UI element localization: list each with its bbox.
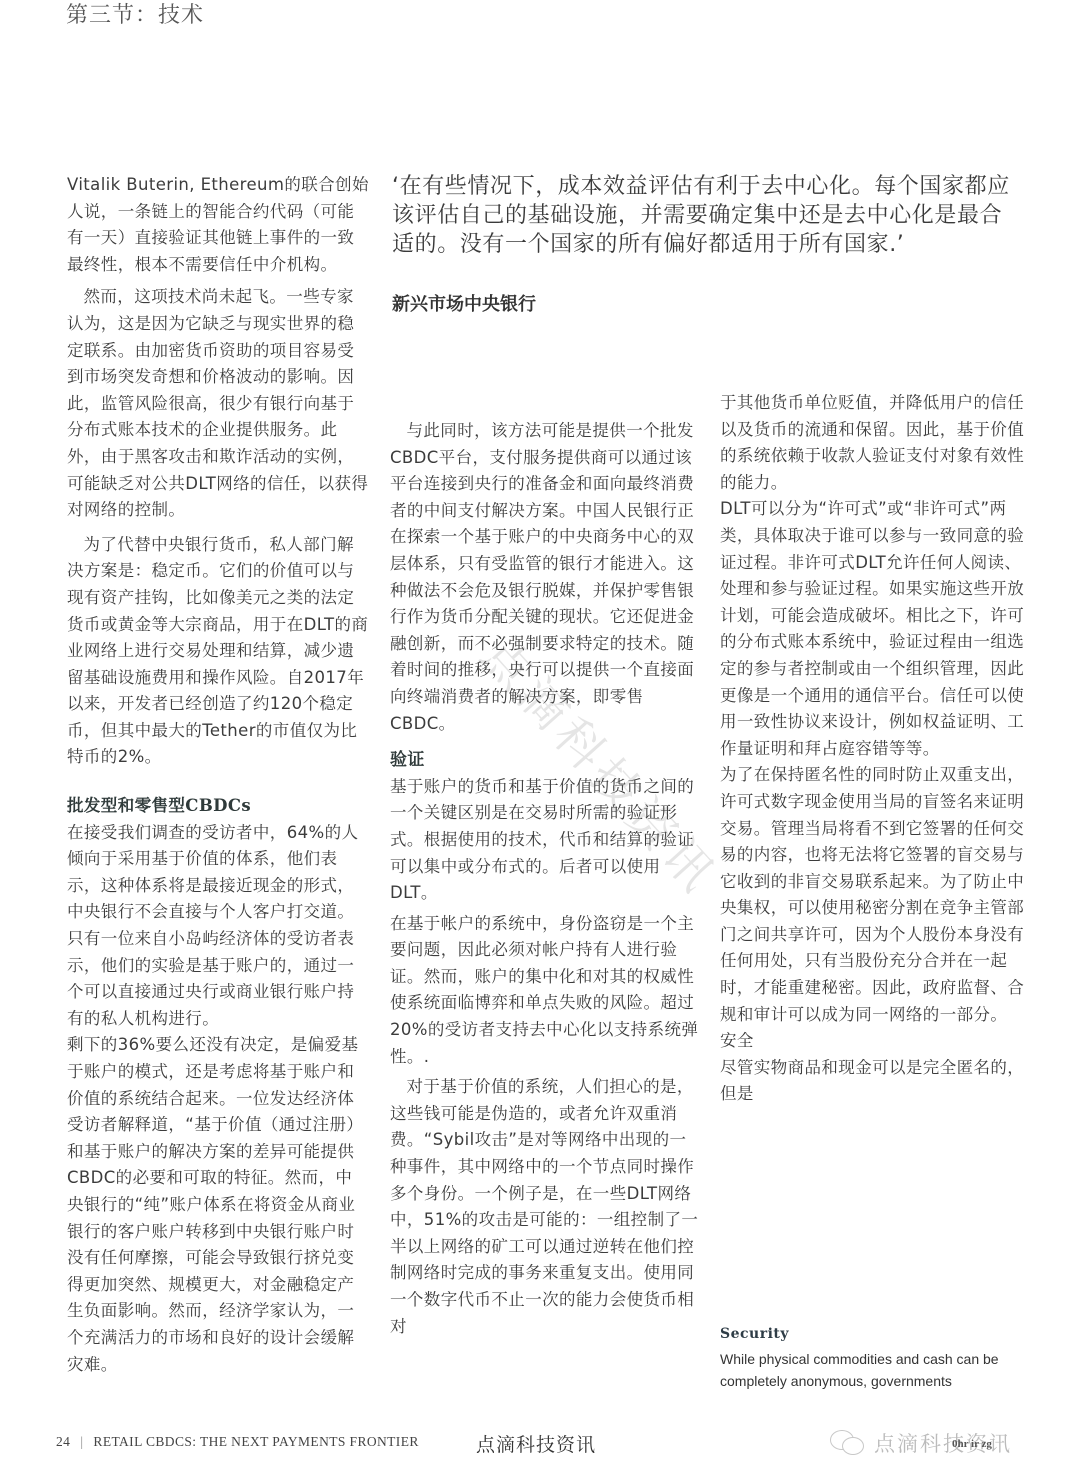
- paragraph: 为了在保持匿名性的同时防止双重支出，许可式数字现金使用当局的盲签名来证明交易。管…: [720, 762, 1028, 1028]
- paragraph: 在接受我们调查的受访者中，64%的人倾向于采用基于价值的体系，他们表示，这种体系…: [67, 820, 369, 1033]
- page-footer: 24|RETAIL CBDCS: THE NEXT PAYMENTS FRONT…: [56, 1434, 419, 1450]
- pull-quote-source: 新兴市场中央银行: [392, 290, 536, 316]
- paragraph: 基于账户的货币和基于价值的货币之间的一个关键区别是在交易时所需的验证形式。根据使…: [390, 774, 702, 907]
- security-heading-cn: 安全: [720, 1028, 1028, 1055]
- paragraph: 剩下的36%要么还没有决定，是偏爱基于账户的模式，还是考虑将基于账户和价值的系统…: [67, 1032, 369, 1378]
- pull-quote: ‘在有些情况下，成本效益评估有利于去中心化。每个国家都应该评估自己的基础设施，并…: [392, 172, 1022, 259]
- paragraph: 为了代替中央银行货币，私人部门解决方案是：稳定币。它们的价值可以与现有资产挂钩，…: [67, 532, 369, 771]
- column-3: 于其他货币单位贬值，并降低用户的信任以及货币的流通和保留。因此，基于价值的系统依…: [720, 390, 1028, 1108]
- paragraph: Vitalik Buterin, Ethereum的联合创始人说，一条链上的智能…: [67, 172, 369, 278]
- column-2: 与此同时，该方法可能是提供一个批发CBDC平台，支付服务提供商可以通过该平台连接…: [390, 418, 702, 1340]
- page-tag: 0hr ir zg: [952, 1438, 992, 1450]
- publication-title: RETAIL CBDCS: THE NEXT PAYMENTS FRONTIER: [93, 1434, 418, 1449]
- section-title: 第三节：技术: [66, 0, 204, 29]
- footer-brand: 点滴科技资讯: [476, 1430, 596, 1457]
- security-heading-en: Security: [720, 1326, 789, 1342]
- paragraph: 于其他货币单位贬值，并降低用户的信任以及货币的流通和保留。因此，基于价值的系统依…: [720, 390, 1028, 496]
- section-heading-cbdcs: 批发型和零售型CBDCs: [67, 793, 369, 820]
- paragraph: 尽管实物商品和现金可以是完全匿名的，但是: [720, 1055, 1028, 1108]
- page-number: 24: [56, 1434, 70, 1449]
- paragraph: 然而，这项技术尚未起飞。一些专家认为，这是因为它缺乏与现实世界的稳定联系。由加密…: [67, 284, 369, 523]
- paragraph: DLT可以分为“许可式”或“非许可式”两类，具体取决于谁可以参与一致同意的验证过…: [720, 496, 1028, 762]
- wechat-icon: [830, 1430, 866, 1456]
- paragraph: 与此同时，该方法可能是提供一个批发CBDC平台，支付服务提供商可以通过该平台连接…: [390, 418, 702, 737]
- section-heading-verification: 验证: [390, 747, 702, 774]
- column-1: Vitalik Buterin, Ethereum的联合创始人说，一条链上的智能…: [67, 172, 369, 1378]
- footer-separator: |: [80, 1434, 83, 1449]
- paragraph: 对于基于价值的系统，人们担心的是，这些钱可能是伪造的，或者允许双重消费。“Syb…: [390, 1074, 702, 1340]
- security-text-en: While physical commodities and cash can …: [720, 1348, 1040, 1392]
- paragraph: 在基于帐户的系统中，身份盗窃是一个主要问题，因此必须对帐户持有人进行验证。然而，…: [390, 911, 702, 1071]
